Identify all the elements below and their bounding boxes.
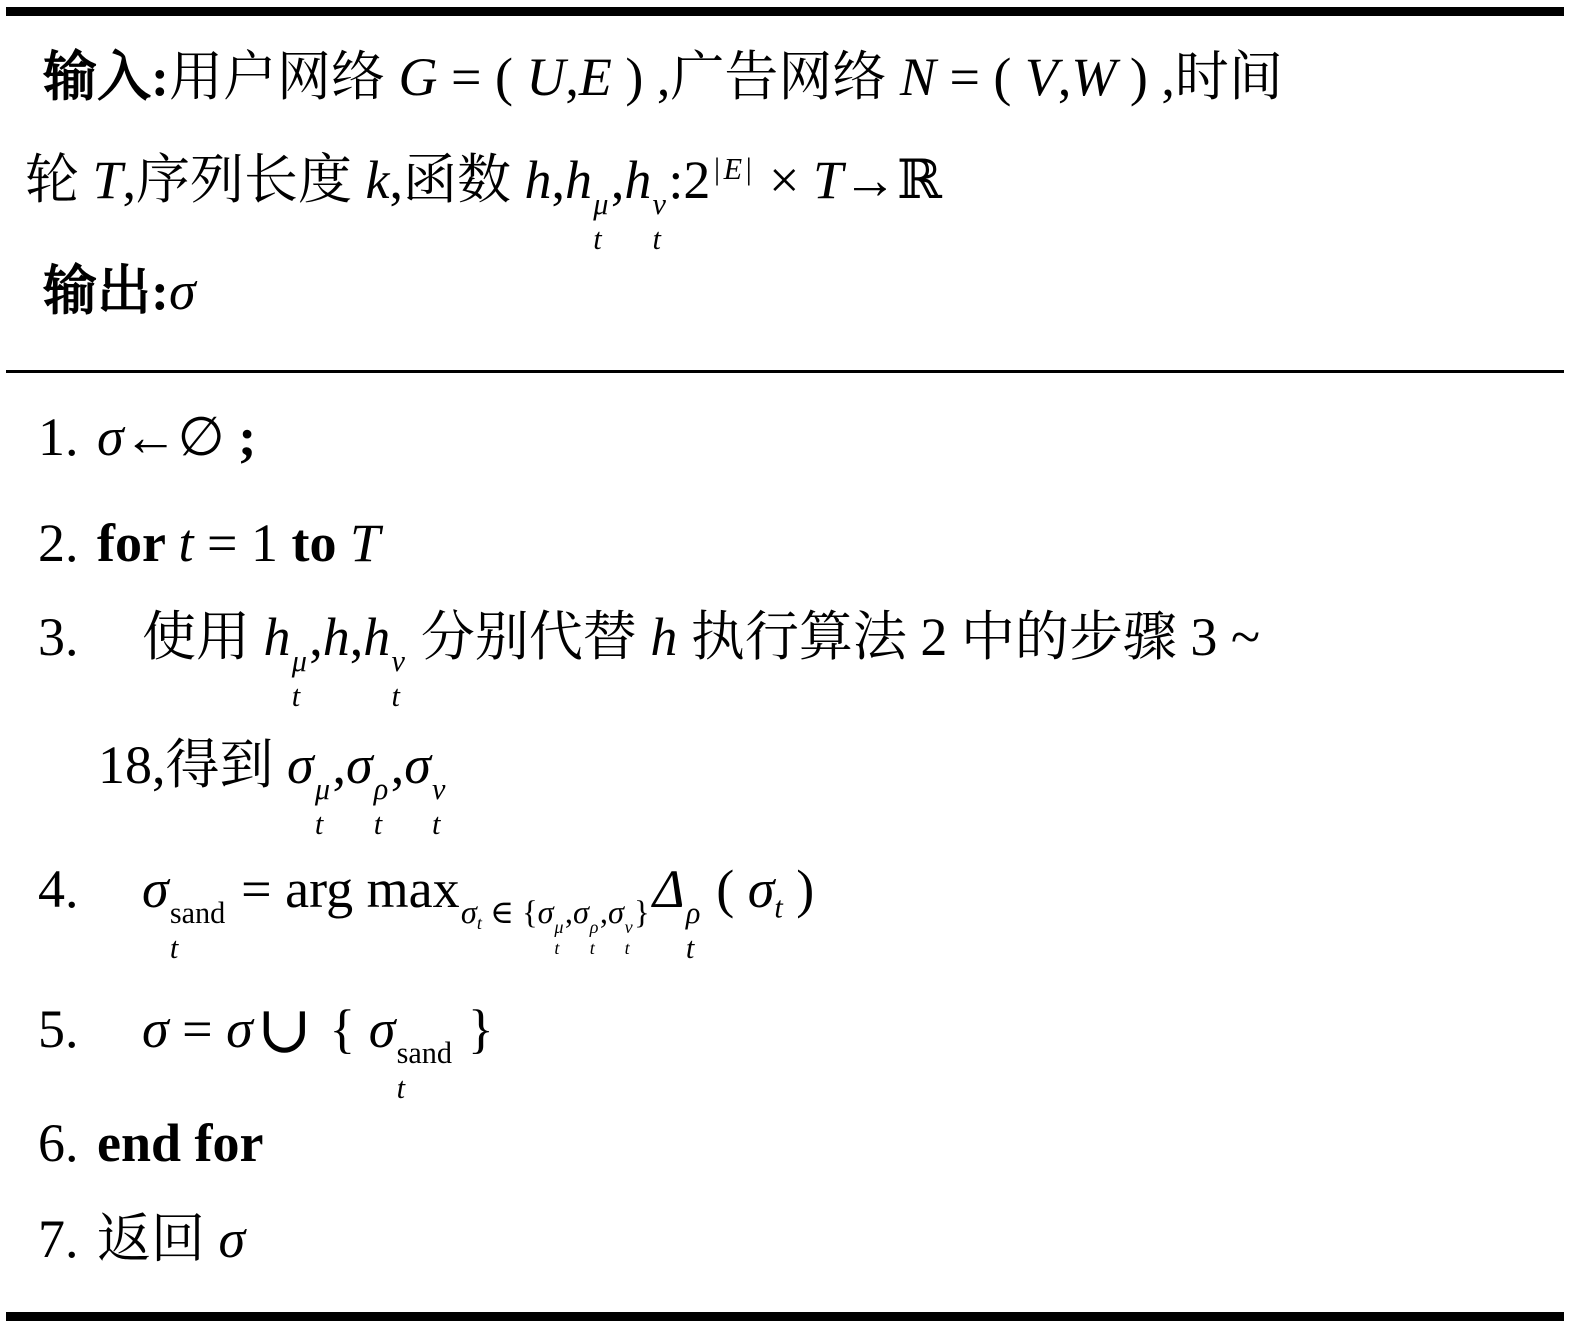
script-stack: vt — [432, 772, 445, 843]
text-run: , — [600, 895, 608, 931]
step-content: σ = σ∪ { σsandt } — [142, 996, 494, 1107]
math-base: Δ — [653, 859, 685, 919]
math-italic: N — [900, 47, 936, 107]
text-run: , — [552, 150, 566, 210]
script-stack: vt — [653, 187, 666, 258]
math-italic: σ — [748, 859, 775, 919]
text-run: :2 — [668, 150, 710, 210]
script-stack: μt — [315, 772, 330, 843]
algorithm-pseudocode-box: 输入:用户网络 G = ( U,E ) ,广告网络 N = ( V,W ) ,时… — [0, 0, 1570, 1333]
bold-text-run: 输入: — [43, 47, 169, 107]
text-run: 18,得到 — [98, 735, 287, 795]
math-subscript: t — [315, 807, 323, 843]
text-run: | — [714, 152, 724, 186]
math-italic: σ — [219, 1209, 246, 1269]
algorithm-input-line-2: 轮 T,序列长度 k,函数 h,hμt,hvt:2|E| × T→ℝ — [25, 146, 942, 258]
math-base: h — [565, 150, 592, 210]
math-italic: U — [526, 47, 565, 107]
text-run: ) ,广告网络 — [612, 47, 900, 107]
math-subscript: t — [593, 222, 601, 258]
text-run: = — [169, 999, 226, 1059]
math-subscript: t — [397, 1071, 405, 1107]
text-run: ,函数 — [390, 150, 525, 210]
math-italic: T — [93, 150, 123, 210]
text-run: , — [611, 150, 625, 210]
math-italic: σ — [97, 407, 124, 467]
step-number: 6. — [38, 1110, 97, 1178]
math-supsub: σρt — [573, 893, 600, 959]
math-base: σ — [608, 895, 624, 931]
script-stack: μt — [554, 917, 563, 960]
step-number: 7. — [38, 1206, 97, 1274]
script-stack: sandt — [397, 1036, 452, 1107]
math-superscript: ρ — [590, 917, 599, 938]
math-subscript: t — [554, 938, 559, 959]
text-run: } — [634, 895, 650, 931]
math-base: σ — [573, 895, 589, 931]
math-supsub: hμt — [264, 604, 310, 715]
math-italic: W — [1071, 47, 1116, 107]
script-stack: ρt — [374, 772, 389, 843]
bold-text-run: 输出: — [43, 261, 169, 321]
math-subscript: t — [432, 807, 440, 843]
math-italic: σ — [142, 999, 169, 1059]
union-operator: ∪ — [257, 994, 312, 1067]
math-italic: t — [178, 513, 193, 573]
math-subscript: t — [686, 931, 694, 967]
algorithm-step-2: 2. for t = 1 to T — [38, 510, 380, 578]
text-run: = ( — [936, 47, 1025, 107]
math-italic: E — [579, 47, 612, 107]
text-run: ,序列长度 — [123, 150, 366, 210]
math-superscript: v — [653, 187, 666, 223]
separator-rule — [6, 370, 1564, 373]
math-supsub: hvt — [363, 604, 407, 715]
math-supsub: Δρt — [653, 856, 703, 967]
math-italic: E — [724, 152, 746, 186]
math-base: σ — [404, 735, 431, 795]
math-base: h — [264, 607, 291, 667]
bold-text-run: for — [97, 513, 178, 573]
math-subscript-group: σt ∈ {σμt,σρt,σvt} — [461, 895, 650, 931]
math-italic: h — [525, 150, 552, 210]
math-superscript: μ — [593, 187, 608, 223]
text-run: = arg max — [228, 859, 460, 919]
math-superscript: v — [432, 772, 445, 808]
text-run: , — [391, 735, 405, 795]
script-stack: μt — [292, 644, 307, 715]
math-italic: T — [813, 150, 843, 210]
math-italic: σ — [461, 895, 477, 931]
math-superscript-group: |E| — [714, 152, 755, 186]
text-run: → — [843, 150, 897, 210]
text-run: × — [755, 150, 812, 210]
step-content: 使用 hμt,h,hvt 分别代替 h 执行算法 2 中的步骤 3 ~ — [142, 604, 1260, 715]
text-run: 分别代替 — [407, 607, 650, 667]
step-number: 5. — [38, 996, 142, 1064]
text-run: = ( — [437, 47, 526, 107]
step-content: σsandt = arg maxσt ∈ {σμt,σρt,σvt}Δρt ( … — [142, 856, 814, 967]
text-run: } — [454, 999, 493, 1059]
math-supsub: σsandt — [369, 996, 455, 1107]
math-italic: V — [1025, 47, 1058, 107]
double-struck-symbol: ℝ — [897, 148, 942, 211]
math-supsub: σρt — [346, 732, 391, 843]
math-subscript: t — [590, 938, 595, 959]
text-run: 使用 — [142, 607, 264, 667]
algorithm-step-3-continuation: 18,得到 σμt,σρt,σvt — [98, 732, 448, 843]
math-supsub: σsandt — [142, 856, 228, 967]
math-superscript: ρ — [374, 772, 389, 808]
math-italic: h — [650, 607, 677, 667]
text-run: 用户网络 — [169, 47, 399, 107]
text-run: , — [309, 607, 323, 667]
algorithm-step-7: 7. 返回 σ — [38, 1206, 245, 1274]
math-italic: σ — [169, 261, 196, 321]
step-number: 3. — [38, 604, 142, 672]
script-stack: μt — [593, 187, 608, 258]
math-supsub: σvt — [608, 893, 634, 959]
bold-text-run: end for — [97, 1113, 263, 1173]
text-run: , — [565, 895, 573, 931]
math-superscript: v — [392, 644, 405, 680]
text-run: ) — [783, 859, 814, 919]
step-number: 1. — [38, 404, 97, 472]
math-subscript: t — [774, 890, 782, 924]
step-number: 2. — [38, 510, 97, 578]
text-run: ( — [703, 859, 748, 919]
script-stack: vt — [625, 917, 633, 960]
text-run: , — [565, 47, 579, 107]
math-base: σ — [538, 895, 554, 931]
step-content: σ←∅ ; — [97, 404, 256, 472]
text-run: 轮 — [25, 150, 93, 210]
math-subscript: t — [292, 679, 300, 715]
top-rule — [6, 7, 1564, 16]
math-subscript: t — [392, 679, 400, 715]
bottom-rule — [6, 1312, 1564, 1321]
step-number: 4. — [38, 856, 142, 924]
math-subscript: t — [374, 807, 382, 843]
text-run: ∅ — [178, 407, 225, 467]
text-run: { — [522, 895, 538, 931]
text-run: ) ,时间 — [1116, 47, 1282, 107]
text-run: , — [332, 735, 346, 795]
script-stack: sandt — [170, 896, 225, 967]
math-italic: h — [323, 607, 350, 667]
math-supsub: σμt — [538, 893, 565, 959]
text-run: = 1 — [194, 513, 292, 573]
math-supsub: σvt — [404, 732, 448, 843]
math-base: σ — [369, 999, 396, 1059]
math-base: σ — [142, 859, 169, 919]
math-supsub: hμt — [565, 147, 611, 258]
math-subscript: t — [625, 938, 630, 959]
algorithm-step-4: 4. σsandt = arg maxσt ∈ {σμt,σρt,σvt}Δρt… — [38, 856, 814, 967]
math-italic: T — [350, 513, 380, 573]
math-superscript: v — [625, 917, 633, 938]
algorithm-step-1: 1. σ←∅ ; — [38, 404, 256, 472]
math-superscript: sand — [170, 896, 225, 932]
math-italic: k — [366, 150, 390, 210]
math-superscript: ρ — [686, 896, 701, 932]
math-superscript: sand — [397, 1036, 452, 1072]
script-stack: vt — [392, 644, 405, 715]
step-content: for t = 1 to T — [97, 510, 380, 578]
algorithm-step-3: 3. 使用 hμt,h,hvt 分别代替 h 执行算法 2 中的步骤 3 ~ — [38, 604, 1260, 715]
text-run: , — [350, 607, 364, 667]
math-subscript: t — [170, 931, 178, 967]
math-base: σ — [287, 735, 314, 795]
math-superscript: μ — [554, 917, 563, 938]
text-run: ∈ — [482, 895, 522, 931]
math-italic: G — [398, 47, 437, 107]
script-stack: ρt — [590, 917, 599, 960]
bold-text-run: to — [291, 513, 349, 573]
algorithm-step-5: 5. σ = σ∪ { σsandt } — [38, 996, 494, 1107]
math-base: h — [363, 607, 390, 667]
math-base: σ — [346, 735, 373, 795]
text-run: 返回 — [97, 1209, 219, 1269]
math-subscript: t — [653, 222, 661, 258]
text-run: ← — [124, 407, 178, 467]
text-run: { — [316, 999, 369, 1059]
bold-text-run: ; — [225, 407, 256, 467]
algorithm-step-6: 6. end for — [38, 1110, 263, 1178]
text-run: 执行算法 2 中的步骤 3 ~ — [677, 607, 1260, 667]
text-run: , — [1058, 47, 1072, 107]
math-supsub: σμt — [287, 732, 332, 843]
math-superscript: μ — [292, 644, 307, 680]
math-base: h — [624, 150, 651, 210]
algorithm-output-line: 输出:σ — [43, 258, 196, 326]
math-superscript: μ — [315, 772, 330, 808]
math-italic: σ — [226, 999, 253, 1059]
step-content: 返回 σ — [97, 1206, 245, 1274]
step-content: end for — [97, 1110, 263, 1178]
math-supsub: hvt — [624, 147, 668, 258]
algorithm-input-line-1: 输入:用户网络 G = ( U,E ) ,广告网络 N = ( V,W ) ,时… — [43, 44, 1283, 112]
script-stack: ρt — [686, 896, 701, 967]
